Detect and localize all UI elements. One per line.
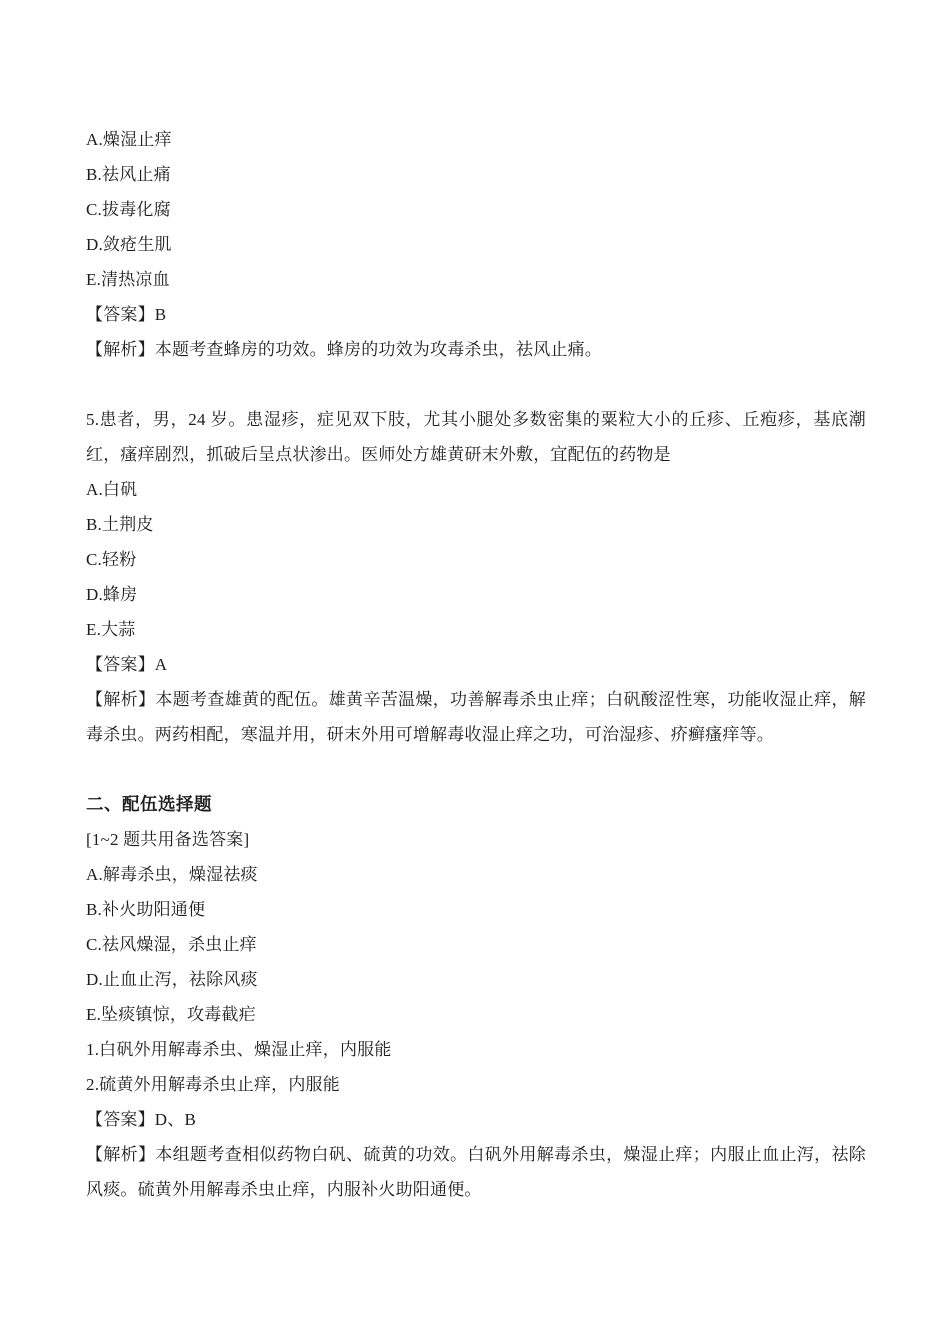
section2-shared-note: [1~2 题共用备选答案] <box>86 822 866 857</box>
q5-option-b: B.土荆皮 <box>86 507 866 542</box>
q4-option-d: D.敛疮生肌 <box>86 227 866 262</box>
q5-stem: 5.患者，男，24 岁。患湿疹，症见双下肢，尤其小腿处多数密集的粟粒大小的丘疹、… <box>86 402 866 472</box>
q5-analysis: 【解析】本题考查雄黄的配伍。雄黄辛苦温燥，功善解毒杀虫止痒；白矾酸涩性寒，功能收… <box>86 682 866 752</box>
section2-item-1: 1.白矾外用解毒杀虫、燥湿止痒，内服能 <box>86 1032 866 1067</box>
q5-option-e: E.大蒜 <box>86 612 866 647</box>
q4-option-a: A.燥湿止痒 <box>86 122 866 157</box>
section2-option-d: D.止血止泻，祛除风痰 <box>86 962 866 997</box>
section2-option-a: A.解毒杀虫，燥湿祛痰 <box>86 857 866 892</box>
section2-heading: 二、配伍选择题 <box>86 787 866 822</box>
q4-option-b: B.祛风止痛 <box>86 157 866 192</box>
section2-answer: 【答案】D、B <box>86 1102 866 1137</box>
section2-option-b: B.补火助阳通便 <box>86 892 866 927</box>
q5-option-d: D.蜂房 <box>86 577 866 612</box>
section2-analysis: 【解析】本组题考查相似药物白矾、硫黄的功效。白矾外用解毒杀虫，燥湿止痒；内服止血… <box>86 1137 866 1207</box>
q4-analysis: 【解析】本题考查蜂房的功效。蜂房的功效为攻毒杀虫，祛风止痛。 <box>86 332 866 367</box>
section2-option-e: E.坠痰镇惊，攻毒截疟 <box>86 997 866 1032</box>
q4-option-c: C.拔毒化腐 <box>86 192 866 227</box>
document-content: A.燥湿止痒 B.祛风止痛 C.拔毒化腐 D.敛疮生肌 E.清热凉血 【答案】B… <box>86 122 866 1207</box>
paragraph-gap <box>86 367 866 402</box>
paragraph-gap <box>86 752 866 787</box>
section2-option-c: C.祛风燥湿，杀虫止痒 <box>86 927 866 962</box>
document-page: A.燥湿止痒 B.祛风止痛 C.拔毒化腐 D.敛疮生肌 E.清热凉血 【答案】B… <box>0 0 950 1344</box>
q4-option-e: E.清热凉血 <box>86 262 866 297</box>
q5-option-a: A.白矾 <box>86 472 866 507</box>
q5-answer: 【答案】A <box>86 647 866 682</box>
q4-answer: 【答案】B <box>86 297 866 332</box>
section2-item-2: 2.硫黄外用解毒杀虫止痒，内服能 <box>86 1067 866 1102</box>
q5-option-c: C.轻粉 <box>86 542 866 577</box>
